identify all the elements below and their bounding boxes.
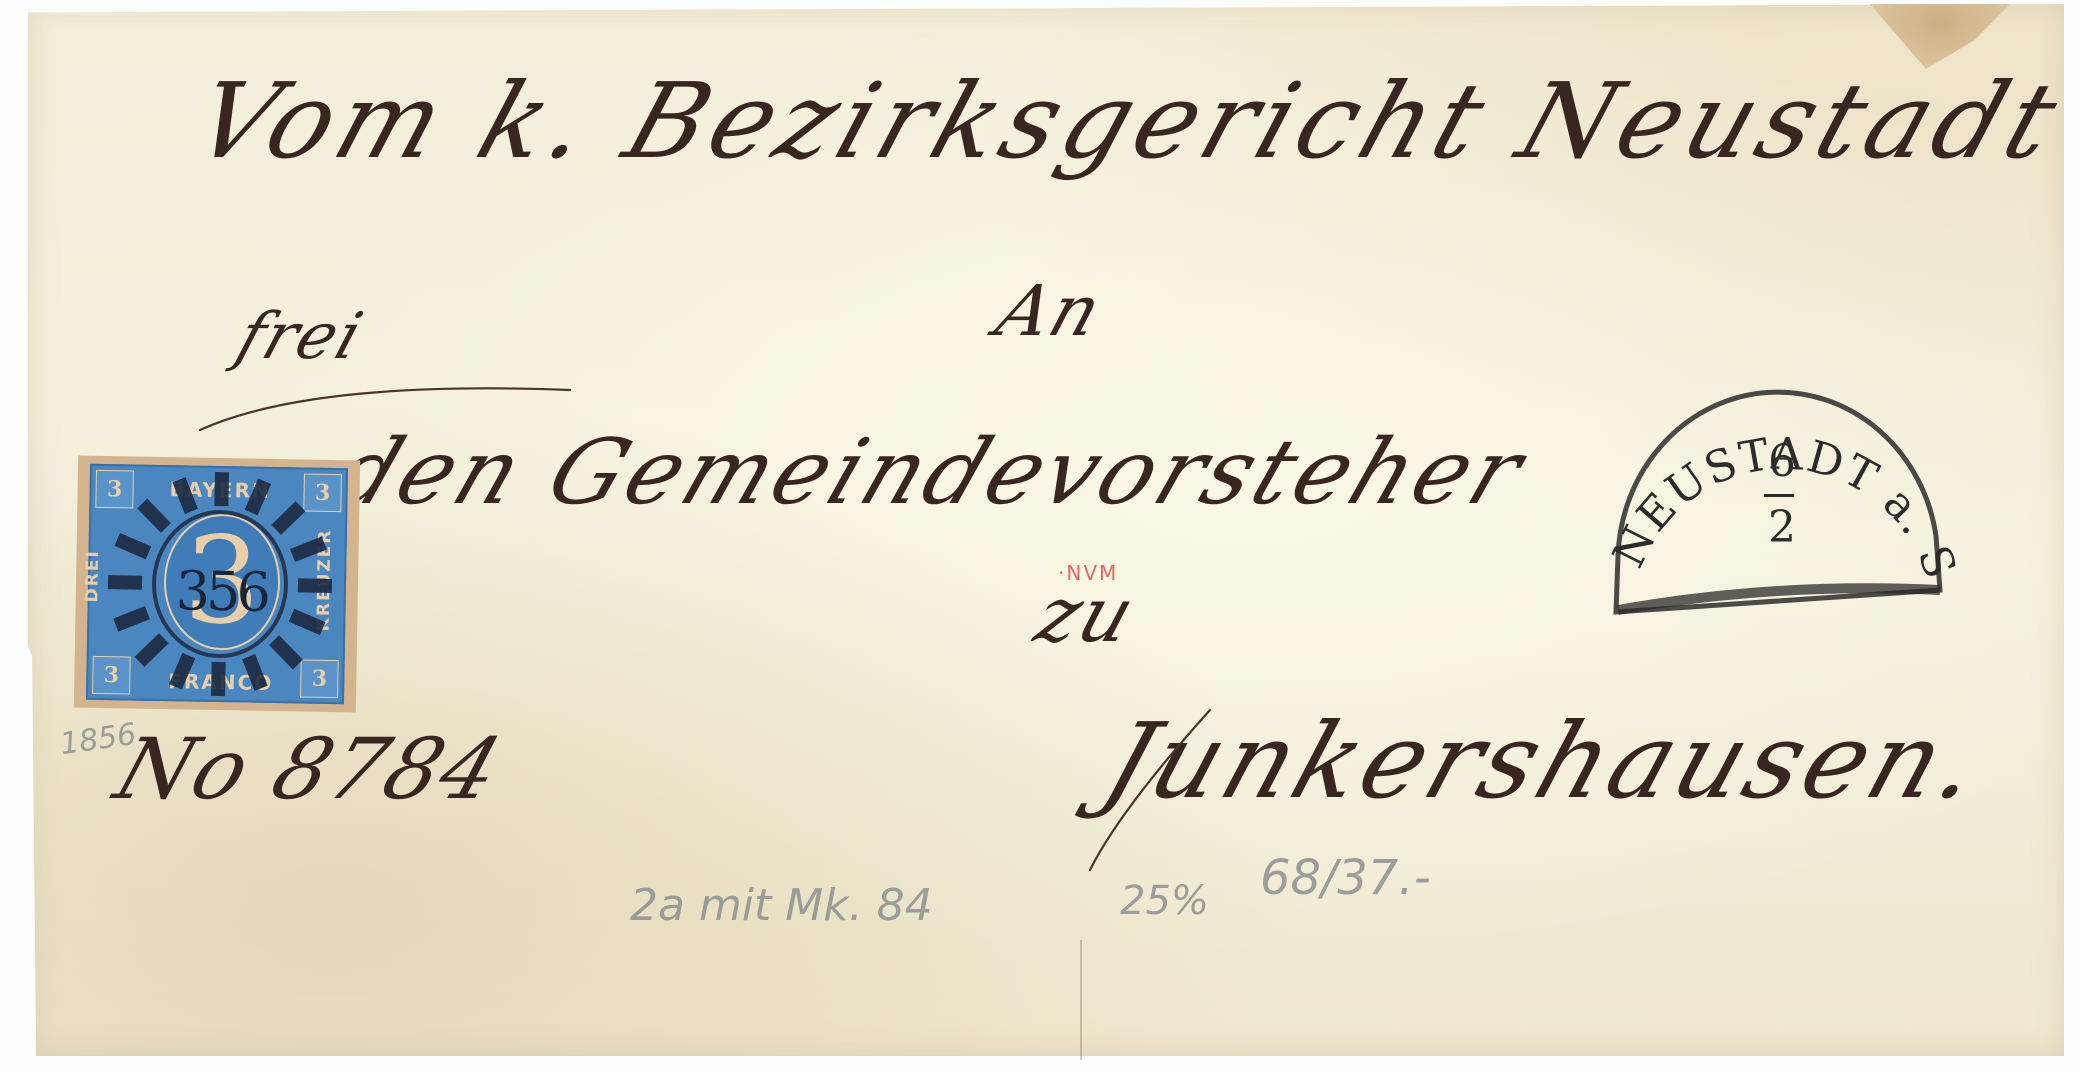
red-ink-mark: ·NVM — [1058, 561, 1118, 585]
recipient-line: den Gemeindevorsteher — [321, 420, 1540, 525]
cancel-number: 356 — [175, 559, 267, 624]
paper-crease — [1080, 940, 1082, 1060]
postmark-day: 6 — [1768, 436, 1796, 487]
pencil-price: 25% — [1120, 878, 1209, 924]
pencil-price-fraction: 68/37.- — [1260, 850, 1431, 906]
register-number: No 8784 — [104, 720, 514, 818]
stamp-frame: 3 3 3 3 BAYERN FRANCO KREUZER DREI 3 356 — [86, 464, 348, 704]
destination-flourish — [1060, 690, 1220, 890]
destination: Junkershausen. — [1090, 700, 2000, 822]
postmark-date-divider — [1764, 494, 1794, 497]
pencil-catalog-note: 2a mit Mk. 84 — [630, 880, 933, 931]
postmark: NEUSTADT a. S. 6 2 — [1596, 346, 1956, 626]
postmark-month: 2 — [1768, 502, 1796, 553]
sender-line: Vom k. Bezirksgericht Neustadt a/S. — [180, 60, 2080, 182]
postage-stamp: 3 3 3 3 BAYERN FRANCO KREUZER DREI 3 356 — [74, 456, 360, 713]
